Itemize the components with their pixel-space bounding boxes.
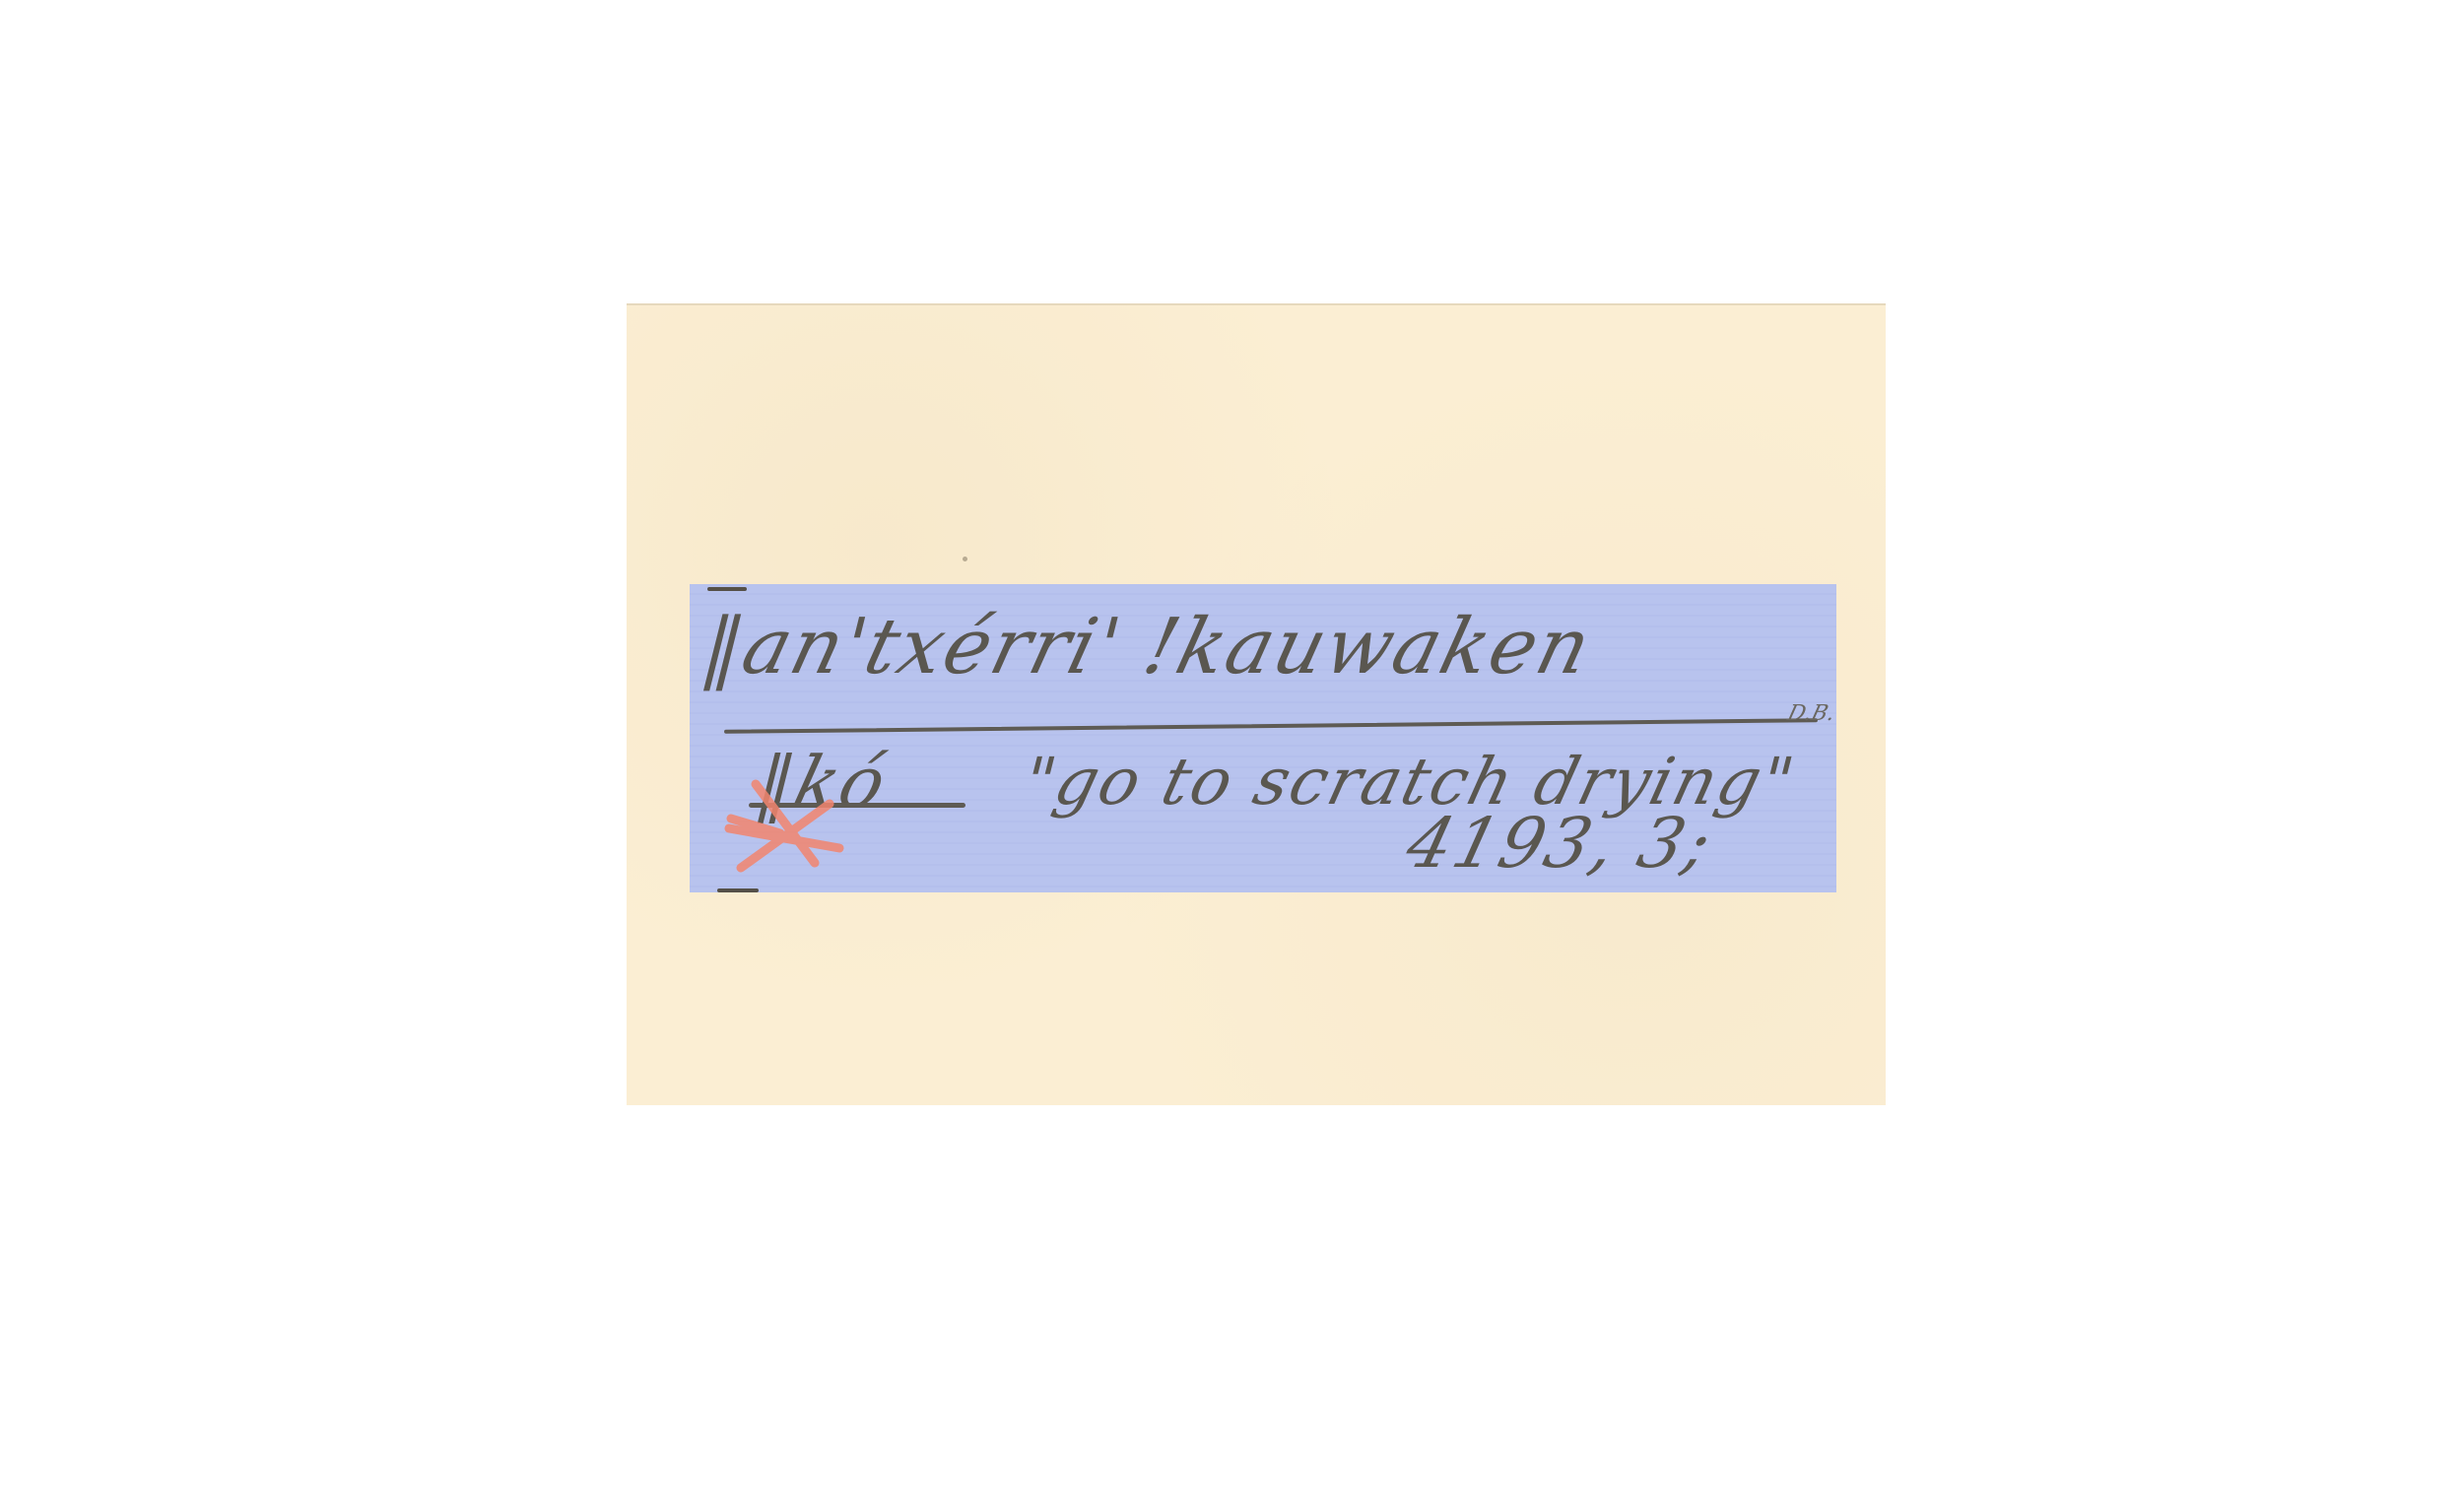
slip-edge-mark-bottom [717, 888, 759, 892]
handwritten-reference-number: 4193, 3; [1399, 803, 1721, 884]
paper-speck [963, 557, 967, 561]
handwritten-corner-initials: D.B. [1785, 701, 1837, 726]
slip-edge-mark-top [707, 587, 747, 591]
handwritten-headword: ‖an'txérri' !kauwaken [694, 603, 1601, 691]
asterisk-icon [711, 774, 849, 883]
